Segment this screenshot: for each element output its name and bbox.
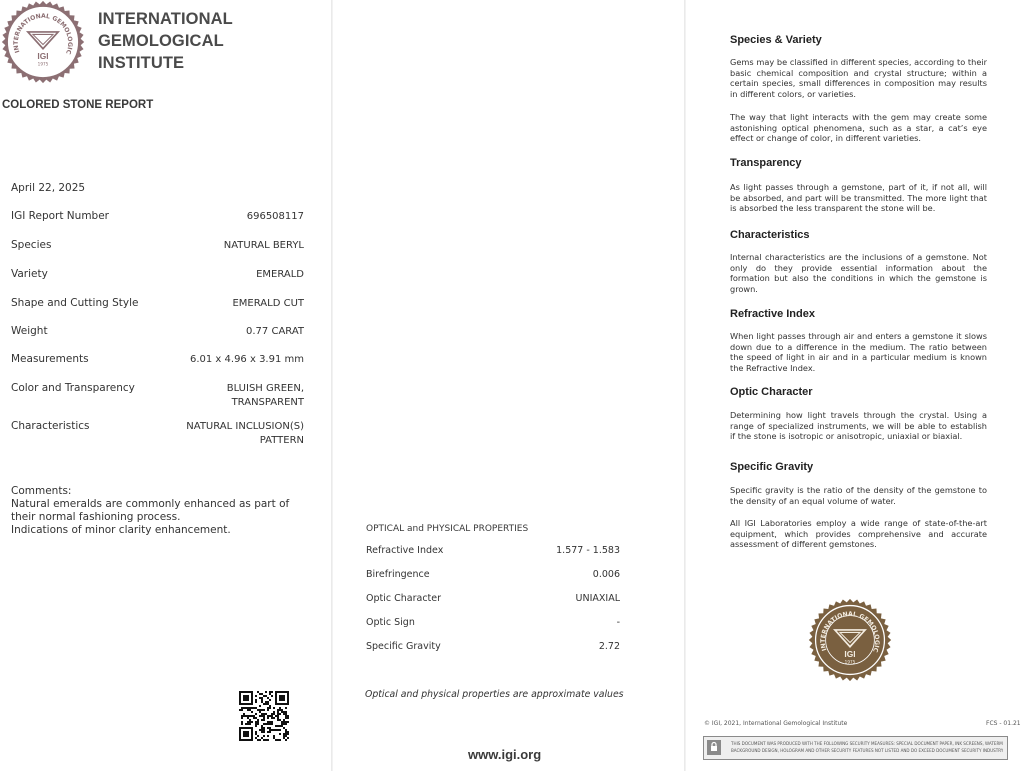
comment-line: Indications of minor clarity enhancement…: [11, 524, 311, 537]
svg-text:1975: 1975: [845, 660, 856, 665]
glossary-heading: Refractive Index: [730, 308, 815, 320]
field-value: EMERALD CUT: [232, 297, 304, 311]
field-value-line: NATURAL BERYL: [224, 239, 304, 253]
optical-value: UNIAXIAL: [576, 593, 620, 604]
security-text: This document was produced with the foll…: [731, 740, 1003, 754]
field-value: EMERALD: [256, 268, 304, 282]
comments-label: Comments:: [11, 485, 311, 498]
properties-panel: [330, 0, 685, 771]
field-label: Variety: [11, 268, 48, 280]
optical-label: Optic Character: [366, 593, 441, 604]
svg-text:IGI: IGI: [37, 51, 48, 61]
optical-properties-title: OPTICAL and PHYSICAL PROPERTIES: [366, 524, 528, 534]
field-value-line: 0.77 CARAT: [246, 325, 304, 339]
optical-value: -: [617, 617, 620, 628]
glossary-heading: Optic Character: [730, 386, 813, 398]
glossary-heading: Species & Variety: [730, 34, 822, 46]
field-value-line: 696508117: [247, 210, 304, 224]
field-value-line: EMERALD CUT: [232, 297, 304, 311]
comment-line: their normal fashioning process.: [11, 511, 311, 524]
institute-name-line: INSTITUTE: [98, 52, 233, 74]
field-label: Characteristics: [11, 420, 90, 432]
qr-code-icon[interactable]: [239, 691, 289, 741]
optical-label: Specific Gravity: [366, 641, 441, 652]
field-value: 6.01 x 4.96 x 3.91 mm: [190, 353, 304, 367]
glossary-paragraph: As light passes through a gemstone, part…: [730, 182, 987, 214]
report-title: COLORED STONE REPORT: [2, 99, 153, 111]
glossary-heading: Specific Gravity: [730, 461, 813, 473]
field-label: Shape and Cutting Style: [11, 297, 138, 309]
field-value: 696508117: [247, 210, 304, 224]
fold-line: [331, 0, 333, 771]
optical-value: 0.006: [593, 569, 620, 580]
igi-seal-icon: INTERNATIONAL GEMOLOGICAL INSTITUTEIGI19…: [1, 0, 85, 84]
glossary-paragraph: Gems may be classified in different spec…: [730, 57, 987, 99]
field-value-line: NATURAL INCLUSION(S): [186, 420, 304, 434]
security-notice: This document was produced with the foll…: [703, 736, 1008, 760]
glossary-paragraph: Internal characteristics are the inclusi…: [730, 252, 987, 294]
institute-name-line: GEMOLOGICAL: [98, 30, 233, 52]
copyright: © IGI, 2021, International Gemological I…: [704, 720, 847, 727]
field-value-line: EMERALD: [256, 268, 304, 282]
field-value: NATURAL INCLUSION(S)PATTERN: [186, 420, 304, 448]
website-link[interactable]: www.igi.org: [468, 747, 541, 762]
fold-line: [684, 0, 686, 771]
field-value: NATURAL BERYL: [224, 239, 304, 253]
field-label: Color and Transparency: [11, 382, 135, 394]
security-line: This document was produced with the foll…: [731, 740, 1003, 747]
institute-name: INTERNATIONAL GEMOLOGICAL INSTITUTE: [98, 8, 233, 74]
optical-label: Optic Sign: [366, 617, 415, 628]
comment-line: Natural emeralds are commonly enhanced a…: [11, 498, 311, 511]
field-label: IGI Report Number: [11, 210, 109, 222]
glossary-paragraph: All IGI Laboratories employ a wide range…: [730, 518, 987, 550]
lock-document-icon: [707, 740, 721, 755]
glossary-paragraph: Determining how light travels through th…: [730, 410, 987, 442]
optical-value: 2.72: [599, 641, 620, 652]
comments-section: Comments: Natural emeralds are commonly …: [11, 485, 311, 537]
igi-gold-seal-icon: INTERNATIONAL GEMOLOGICAL INSTITUTEIGI19…: [808, 598, 892, 682]
field-label: Weight: [11, 325, 48, 337]
field-label: Species: [11, 239, 51, 251]
field-value-line: BLUISH GREEN,: [227, 382, 304, 396]
field-value-line: PATTERN: [186, 434, 304, 448]
field-value-line: TRANSPARENT: [227, 396, 304, 410]
field-value: BLUISH GREEN,TRANSPARENT: [227, 382, 304, 410]
glossary-paragraph: When light passes through air and enters…: [730, 331, 987, 373]
glossary-paragraph: The way that light interacts with the ge…: [730, 112, 987, 144]
glossary-heading: Transparency: [730, 157, 802, 169]
svg-text:1975: 1975: [38, 62, 49, 67]
svg-text:IGI: IGI: [844, 649, 855, 659]
field-value: 0.77 CARAT: [246, 325, 304, 339]
glossary-heading: Characteristics: [730, 229, 810, 241]
optical-note: Optical and physical properties are appr…: [365, 689, 624, 700]
field-value-line: 6.01 x 4.96 x 3.91 mm: [190, 353, 304, 367]
form-code: FCS - 01.21: [986, 720, 1021, 727]
optical-label: Birefringence: [366, 569, 430, 580]
field-label: Measurements: [11, 353, 89, 365]
optical-label: Refractive Index: [366, 545, 443, 556]
report-date: April 22, 2025: [11, 182, 85, 194]
institute-name-line: INTERNATIONAL: [98, 8, 233, 30]
security-line: background design, hologram and other se…: [731, 747, 1003, 754]
glossary-paragraph: Specific gravity is the ratio of the den…: [730, 485, 987, 506]
optical-value: 1.577 - 1.583: [556, 545, 620, 556]
